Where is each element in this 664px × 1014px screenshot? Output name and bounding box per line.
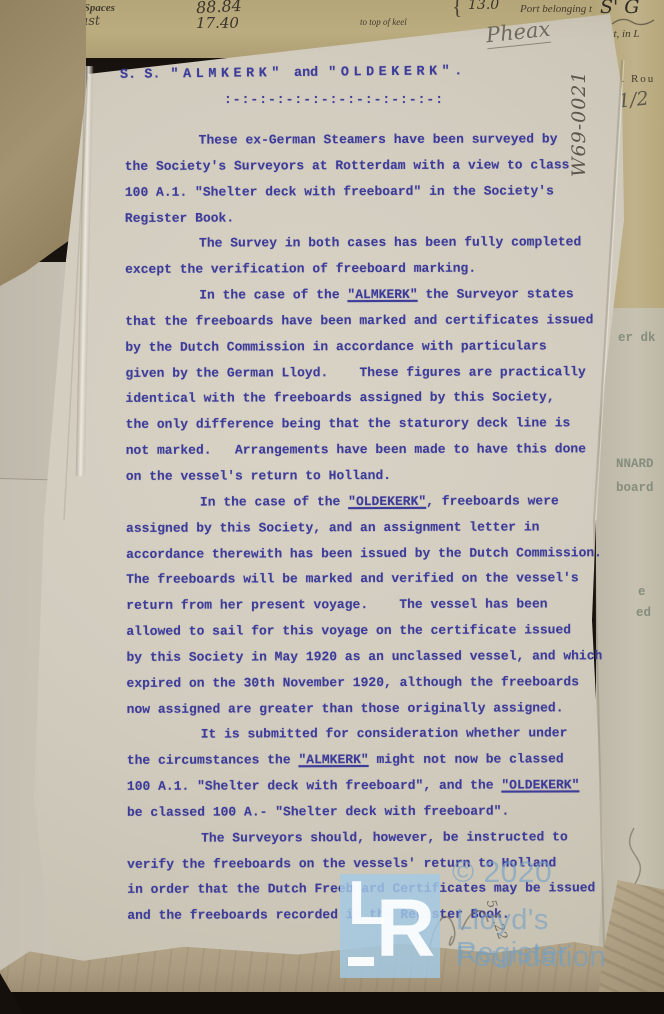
doc-line: It is submitted for consideration whethe…	[127, 720, 647, 748]
doc-line: and the freeboards recorded in the Regis…	[127, 901, 647, 929]
doc-line: that the freeboards have been marked and…	[125, 307, 645, 335]
archive-reference-vertical: W69-0021	[588, 55, 618, 177]
doc-line: In the case of the "ALMKERK" the Surveyo…	[125, 281, 645, 309]
doc-line: accordance therewith has been issued by …	[126, 540, 646, 568]
letter-body: S. S."ALMKERK"and"OLDEKERK". :-:-:-:-:-:…	[0, 0, 664, 1014]
doc-line: on the vessel's return to Holland.	[126, 462, 646, 490]
doc-line: given by the German Lloyd. These figures…	[125, 359, 645, 387]
ship-name-almkerk: "ALMKERK"	[170, 66, 284, 82]
doc-line: 100 A.1. "Shelter deck with freeboard", …	[127, 772, 647, 800]
doc-line: allowed to sail for this voyage on the c…	[126, 617, 646, 645]
doc-line: verify the freeboards on the vessels' re…	[127, 850, 647, 878]
doc-line: the circumstances the "ALMKERK" might no…	[127, 746, 647, 774]
doc-line: In the case of the "OLDEKERK", freeboard…	[126, 488, 646, 516]
doc-line: The freeboards will be marked and verifi…	[126, 565, 646, 593]
doc-line: These ex-German Steamers have been surve…	[125, 126, 645, 154]
title-separator: :-:-:-:-:-:-:-:-:-:-:-:-:	[224, 92, 444, 107]
doc-line: in order that the Dutch Freeboard Certif…	[127, 876, 647, 904]
doc-line: the only difference being that the statu…	[126, 410, 646, 438]
doc-line: now assigned are greater than those orig…	[127, 695, 647, 723]
doc-line: Register Book.	[125, 204, 645, 232]
doc-line: be classed 100 A.- "Shelter deck with fr…	[127, 798, 647, 826]
ship-name-oldekerk: "OLDEKERK".	[328, 64, 467, 80]
doc-line: 100 A.1. "Shelter deck with freeboard" i…	[125, 178, 645, 206]
title-conjunction: and	[294, 66, 318, 81]
letter-title: S. S."ALMKERK"and"OLDEKERK".	[120, 64, 477, 83]
table-background	[0, 992, 664, 1014]
doc-line: by this Society in May 1920 as an unclas…	[126, 643, 646, 671]
doc-line: assigned by this Society, and an assignm…	[126, 514, 646, 542]
doc-line: by the Dutch Commission in accordance wi…	[125, 333, 645, 361]
doc-line: identical with the freeboards assigned b…	[126, 385, 646, 413]
doc-line: The Survey in both cases has been fully …	[125, 229, 645, 257]
letter-paragraphs: These ex-German Steamers have been surve…	[125, 126, 648, 929]
title-prefix: S. S.	[120, 67, 161, 82]
doc-line: not marked. Arrangements have been made …	[126, 436, 646, 464]
scanned-document-photo: Less Navigation Spaces 88.84 water balla…	[0, 0, 664, 1014]
doc-line: expired on the 30th November 1920, altho…	[126, 669, 646, 697]
doc-line: the Society's Surveyors at Rotterdam wit…	[125, 152, 645, 180]
doc-line: except the verification of freeboard mar…	[125, 255, 645, 283]
archive-reference-text: W69-0021	[568, 71, 590, 177]
doc-line: The Surveyors should, however, be instru…	[127, 824, 647, 852]
doc-line: return from her present voyage. The vess…	[126, 591, 646, 619]
